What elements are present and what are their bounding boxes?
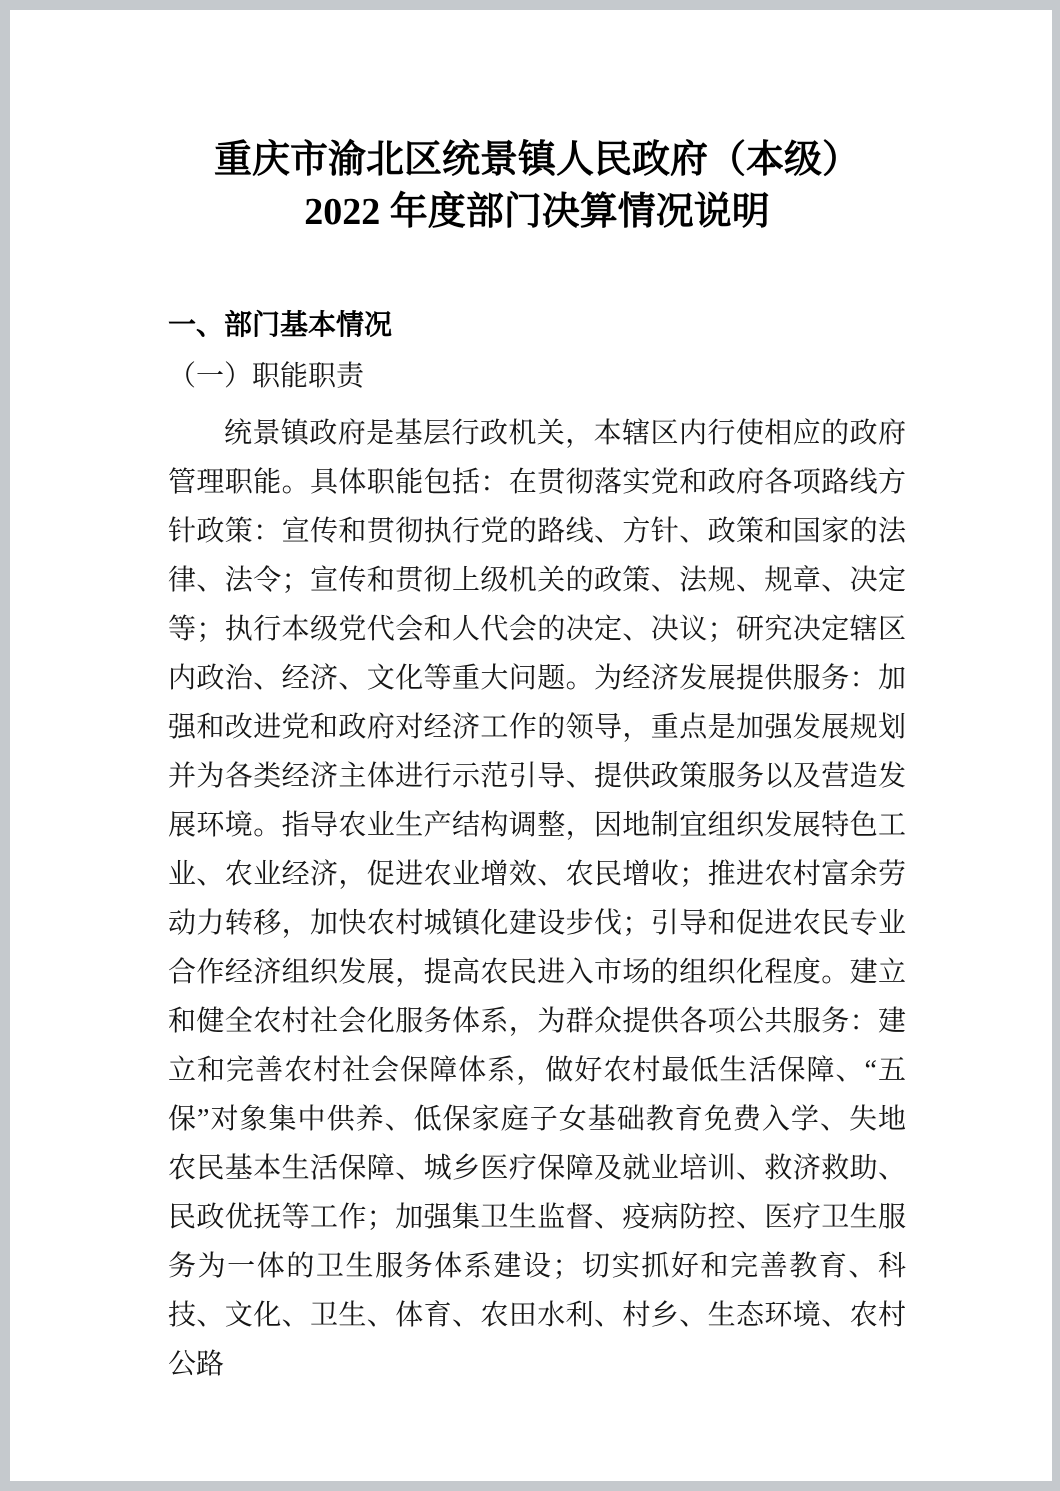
viewer-background: { "colors": { "viewer_background": "#c5c…	[0, 0, 1060, 1491]
body-paragraph: 统景镇政府是基层行政机关，本辖区内行使相应的政府管理职能。具体职能包括：在贯彻落…	[168, 409, 906, 1389]
document-content: 重庆市渝北区统景镇人民政府（本级） 2022 年度部门决算情况说明 一、部门基本…	[10, 134, 1052, 1389]
document-title-line2: 2022 年度部门决算情况说明	[168, 186, 906, 238]
subsection-heading: （一）职能职责	[168, 358, 906, 396]
document-page: 重庆市渝北区统景镇人民政府（本级） 2022 年度部门决算情况说明 一、部门基本…	[10, 10, 1052, 1481]
document-title-line1: 重庆市渝北区统景镇人民政府（本级）	[168, 134, 906, 186]
section-heading: 一、部门基本情况	[168, 308, 906, 342]
document-title: 重庆市渝北区统景镇人民政府（本级） 2022 年度部门决算情况说明	[168, 134, 906, 238]
